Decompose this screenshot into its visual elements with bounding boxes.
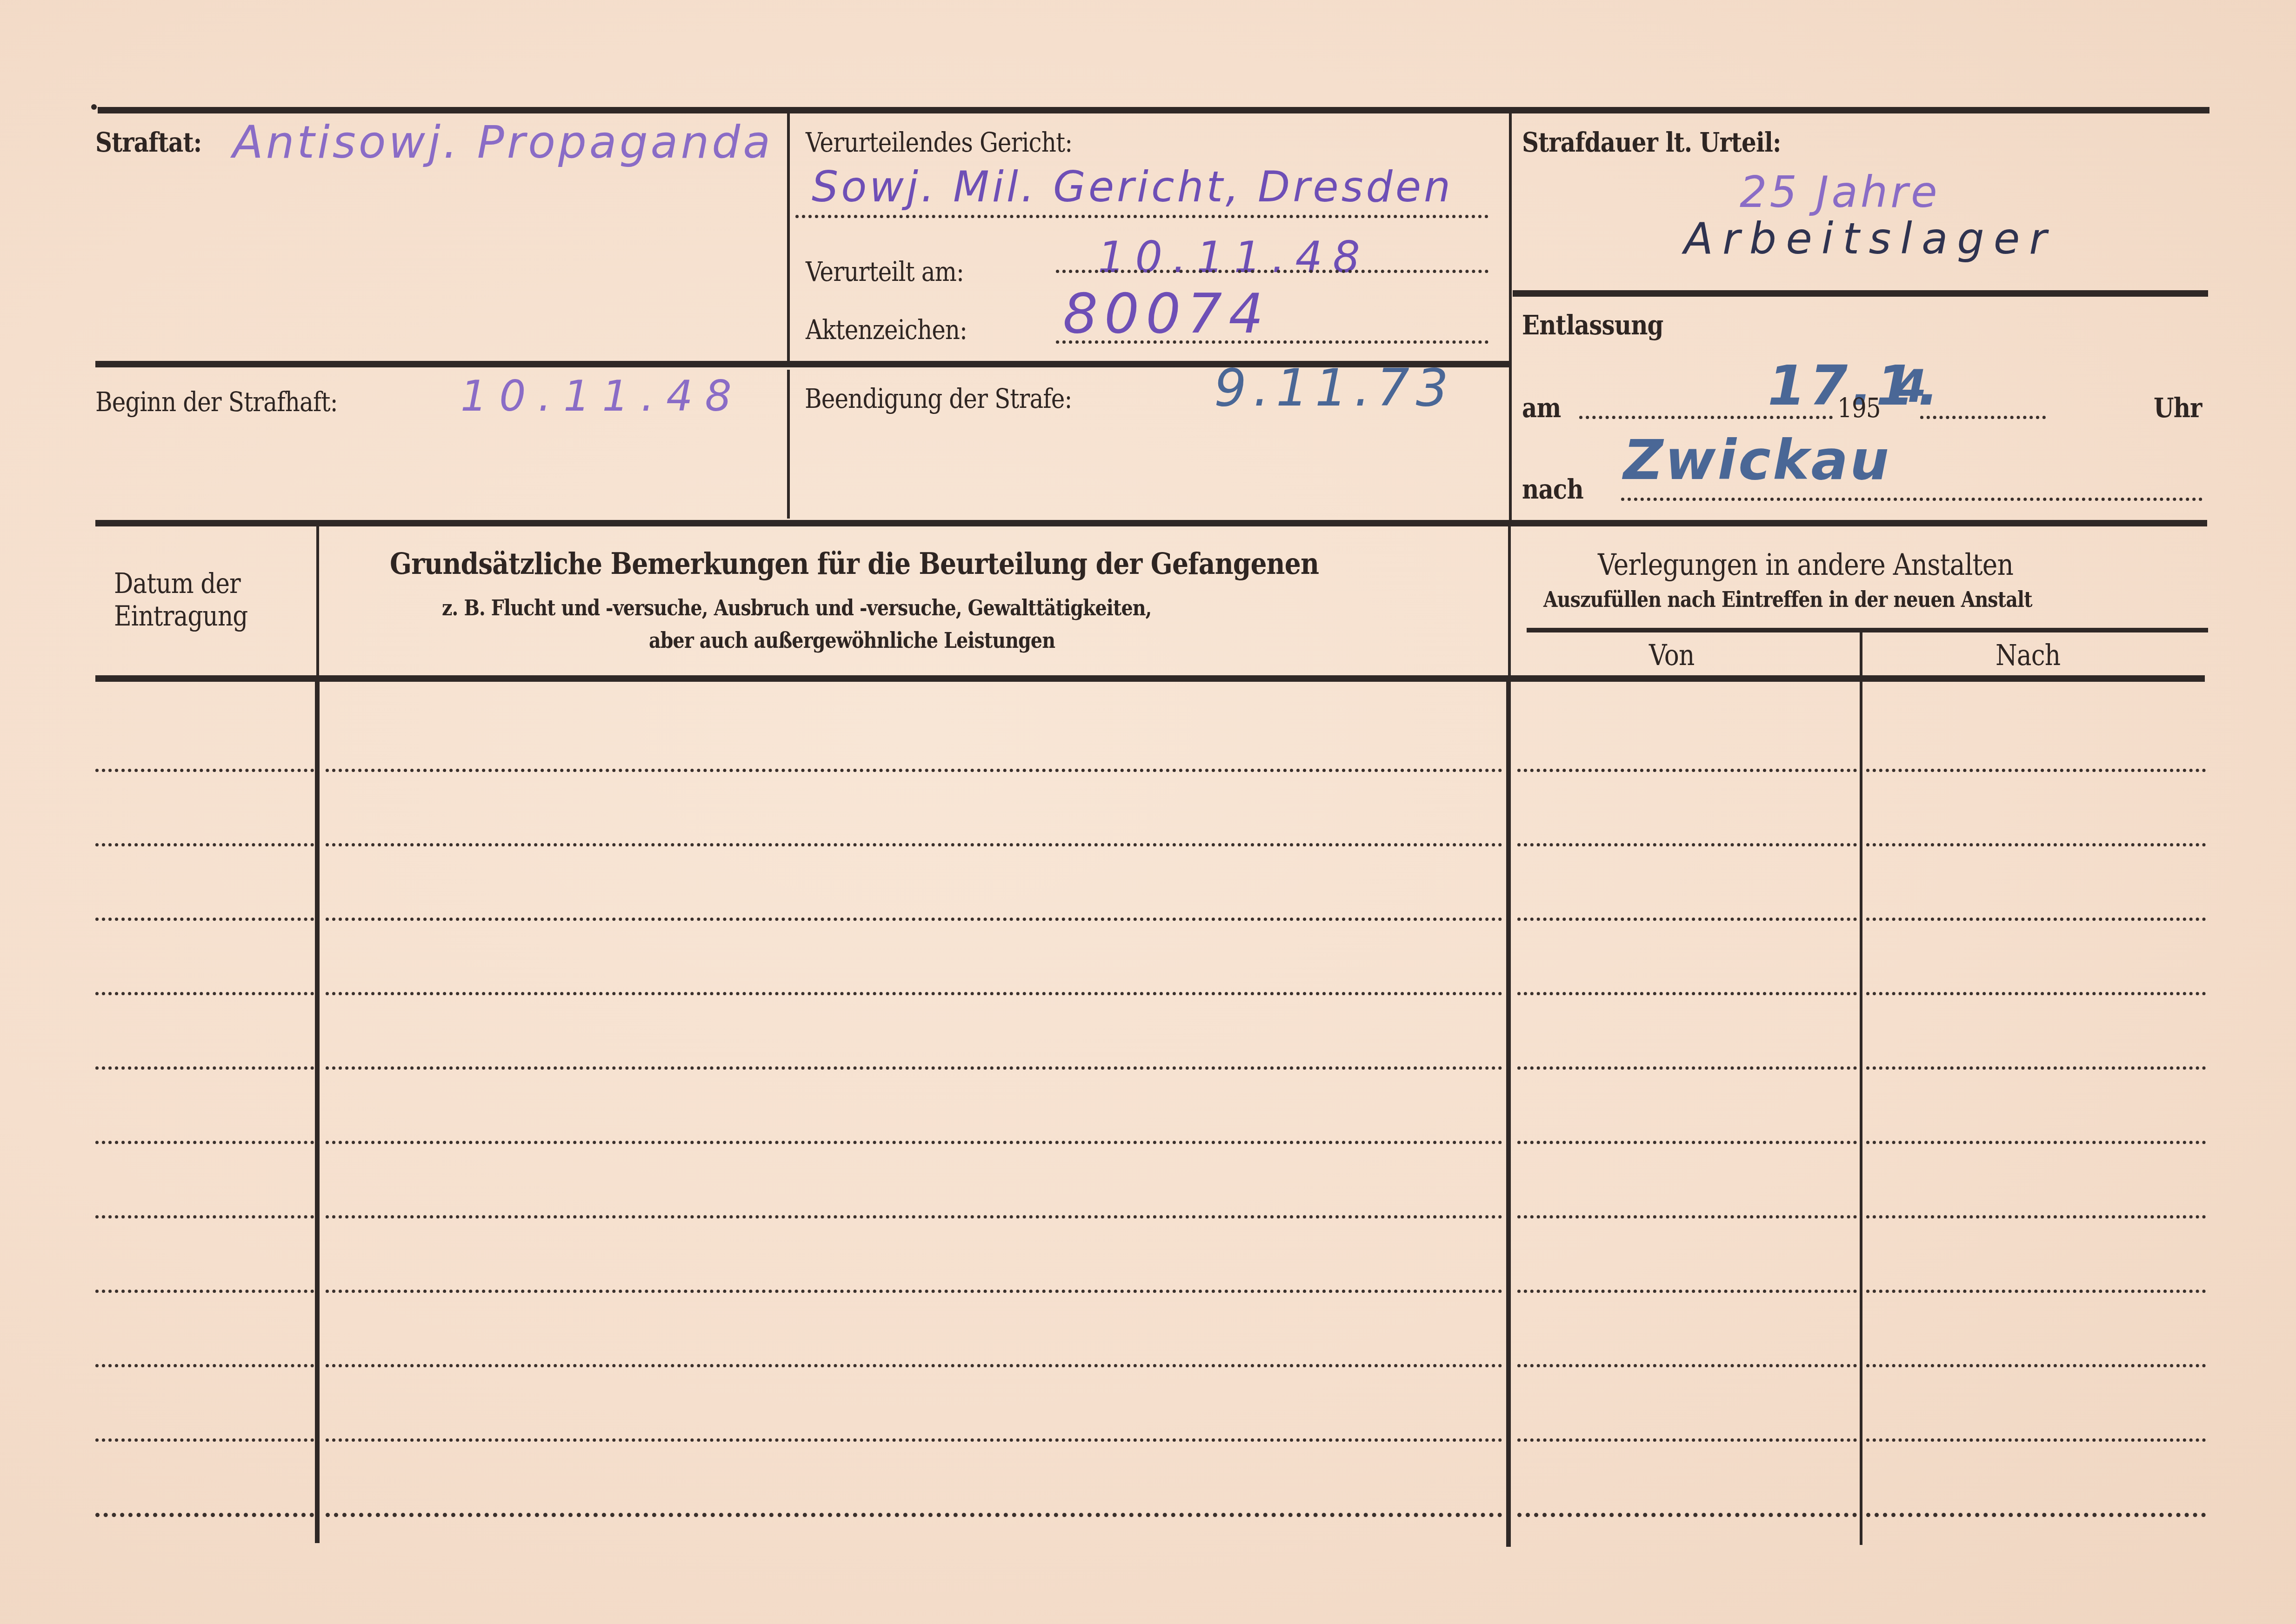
gericht-value[interactable]: Sowj. Mil. Gericht, Dresden xyxy=(812,163,1453,212)
verlegungen-subrule xyxy=(1527,628,2208,632)
table-row[interactable] xyxy=(95,1368,2205,1438)
table-row[interactable] xyxy=(95,996,2205,1065)
section-divider-rule xyxy=(95,520,2207,526)
table-row-line xyxy=(1866,1215,2206,1218)
table-row[interactable] xyxy=(95,1070,2205,1140)
table-row-line xyxy=(95,992,314,995)
col-von: Von xyxy=(1649,638,1694,672)
table-row-line xyxy=(326,1066,1502,1070)
table-row[interactable] xyxy=(95,1293,2205,1363)
strafdauer-label: Strafdauer lt. Urteil: xyxy=(1522,126,1781,158)
entlassung-label: Entlassung xyxy=(1522,309,1663,341)
table-row-line xyxy=(1517,843,1857,846)
verurteilt-am-value[interactable]: 10.11.48 xyxy=(1098,233,1370,282)
table-row-line xyxy=(95,1290,314,1293)
table-row-line xyxy=(95,1364,314,1367)
table-row[interactable] xyxy=(95,847,2205,917)
entlassung-year-digit[interactable]: 4 xyxy=(1896,360,1929,413)
col-verlegungen-title: Verlegungen in andere Anstalten xyxy=(1598,548,2013,582)
gericht-label: Verurteilendes Gericht: xyxy=(806,126,1072,158)
strafdauer-bottom-rule xyxy=(1513,290,2208,297)
table-row-line xyxy=(326,1290,1502,1293)
table-row-line xyxy=(1517,1438,1857,1442)
table-row-line xyxy=(326,1141,1502,1144)
table-row-line xyxy=(95,769,314,772)
entlassung-uhr-label: Uhr xyxy=(2154,392,2202,424)
table-row-line xyxy=(1517,1215,1857,1218)
col-datum-header-line2: Eintragung xyxy=(114,600,247,632)
table-row-line xyxy=(95,1513,314,1517)
col-datum-header-line1: Datum der xyxy=(114,567,240,600)
entlassung-nach-label: nach xyxy=(1522,473,1583,505)
table-row-line xyxy=(95,843,314,846)
col-bemerkungen-sub2: aber auch außergewöhnliche Leistungen xyxy=(649,628,1055,653)
divider-col1-lower xyxy=(787,370,790,519)
divider-col1 xyxy=(787,112,790,363)
table-row-line xyxy=(1517,1141,1857,1144)
table-row[interactable] xyxy=(95,921,2205,991)
divider-col2 xyxy=(1509,112,1512,521)
entlassung-nach-line xyxy=(1621,498,2203,501)
table-row-line xyxy=(95,918,314,921)
beginn-value[interactable]: 10.11.48 xyxy=(461,372,744,421)
table-row-line xyxy=(95,1066,314,1070)
header-bottom-rule xyxy=(95,675,2205,682)
table-row[interactable] xyxy=(95,1442,2205,1512)
table-row-line xyxy=(1866,1141,2206,1144)
beendigung-label: Beendigung der Strafe: xyxy=(805,383,1072,414)
table-row-line xyxy=(326,843,1502,846)
table-row[interactable] xyxy=(95,1219,2205,1289)
table-row-line xyxy=(326,1438,1502,1442)
entlassung-nach-value[interactable]: Zwickau xyxy=(1623,428,1891,492)
verurteilt-am-label: Verurteilt am: xyxy=(806,256,964,287)
table-row-line xyxy=(1517,769,1857,772)
table-row-line xyxy=(1866,1066,2206,1070)
table-row-line xyxy=(1866,992,2206,995)
table-row-line xyxy=(326,1513,1502,1517)
table-row-line xyxy=(326,992,1502,995)
top-rule xyxy=(98,107,2209,113)
col-bemerkungen-title: Grundsätzliche Bemerkungen für die Beurt… xyxy=(390,546,1319,581)
col-bemerkungen-sub1: z. B. Flucht und -versuche, Ausbruch und… xyxy=(442,595,1152,620)
table-row[interactable] xyxy=(95,1145,2205,1214)
aktenzeichen-line xyxy=(1056,340,1488,344)
table-row-line xyxy=(95,1215,314,1218)
table-row-line xyxy=(1517,1513,1857,1517)
table-row-line xyxy=(1517,992,1857,995)
table-row-line xyxy=(326,1215,1502,1218)
aktenzeichen-label: Aktenzeichen: xyxy=(806,314,967,346)
table-row-line xyxy=(1866,1290,2206,1293)
table-row-line xyxy=(95,1438,314,1442)
entlassung-year-prefix: 195 xyxy=(1837,392,1881,424)
straftat-label: Straftat: xyxy=(95,126,201,158)
bemerkungen-divider-header xyxy=(1508,526,1511,678)
strafdauer-value-line2[interactable]: Arbeitslager xyxy=(1684,214,2056,264)
col-verlegungen-subtitle: Auszufüllen nach Eintreffen in der neuen… xyxy=(1543,587,2032,612)
table-row-line xyxy=(1866,1513,2206,1517)
table-row-line xyxy=(1866,1438,2206,1442)
straftat-value[interactable]: Antisowj. Propaganda xyxy=(233,116,773,168)
entlassung-am-label: am xyxy=(1522,392,1561,424)
punch-dot xyxy=(91,104,97,110)
table-row-line xyxy=(1517,918,1857,921)
table-row[interactable] xyxy=(95,772,2205,842)
table-row-line xyxy=(1866,843,2206,846)
table-row-line xyxy=(1866,918,2206,921)
verurteilt-am-line xyxy=(1056,270,1488,273)
table-row-line xyxy=(1866,1364,2206,1367)
table-row-line xyxy=(1866,769,2206,772)
beendigung-value[interactable]: 9.11.73 xyxy=(1214,358,1455,418)
col-nach: Nach xyxy=(1996,638,2060,672)
datum-divider-header xyxy=(316,526,319,678)
table-row-line xyxy=(1517,1066,1857,1070)
table-row-line xyxy=(1517,1364,1857,1367)
table-row-line xyxy=(326,769,1502,772)
table-row-line xyxy=(1517,1290,1857,1293)
strafdauer-value-line1[interactable]: 25 Jahre xyxy=(1740,167,1940,217)
aktenzeichen-value[interactable]: 80074 xyxy=(1063,281,1270,346)
beginn-label: Beginn der Strafhaft: xyxy=(95,386,338,418)
table-row-line xyxy=(326,1364,1502,1367)
table-row-line xyxy=(326,918,1502,921)
von-nach-divider-header xyxy=(1860,632,1862,679)
gericht-line xyxy=(795,215,1488,218)
table-row-line xyxy=(95,1141,314,1144)
entlassung-time-line xyxy=(1920,416,2046,419)
